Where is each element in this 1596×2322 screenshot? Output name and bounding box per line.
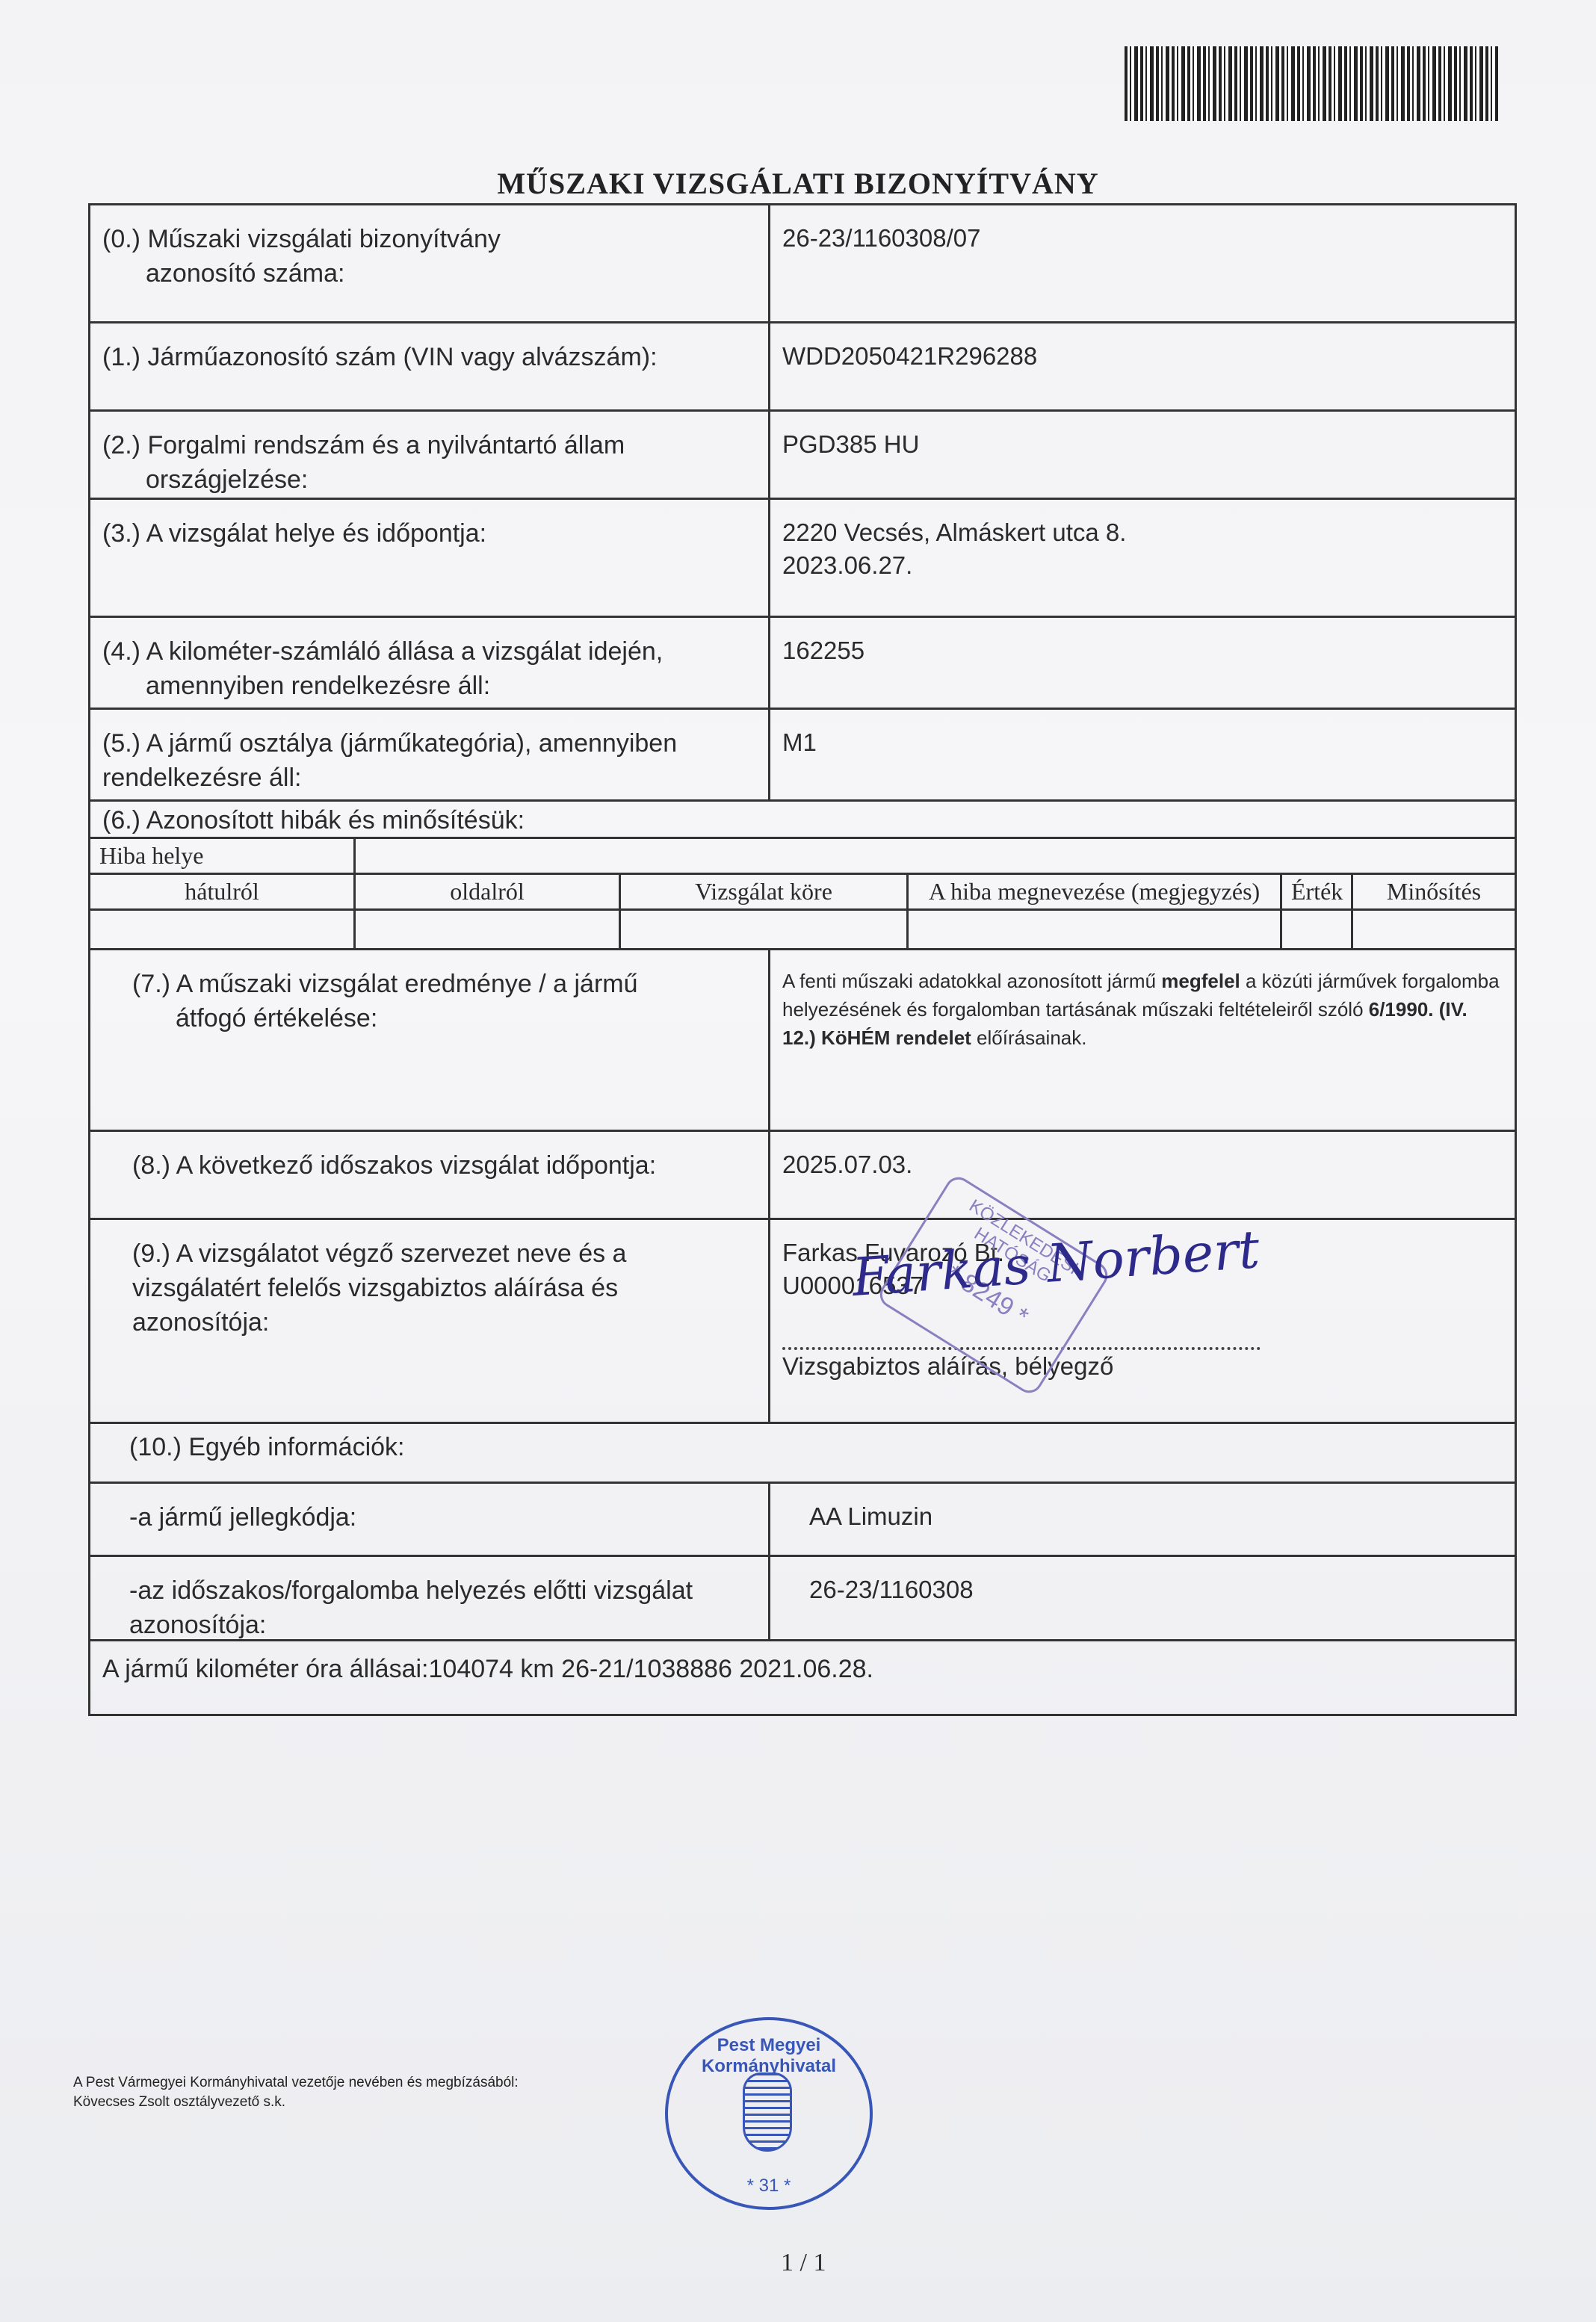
row-vin: (1.) Járműazonosító szám (VIN vagy alváz… [90,323,1515,412]
defects-table: Hiba helye hátulról oldalról Vizsgálat k… [90,839,1515,950]
footer-authority: A Pest Vármegyei Kormányhivatal vezetője… [73,2073,519,2112]
barcode [1125,46,1498,121]
coat-of-arms-icon [743,2072,792,2152]
row-previous-inspection: -az időszakos/forgalomba helyezés előtti… [90,1557,1515,1641]
defects-header-row: hátulról oldalról Vizsgálat köre A hiba … [90,875,1515,911]
vin-value: WDD2050421R296288 [770,323,1515,409]
defects-heading: (6.) Azonosított hibák és minősítésük: [90,802,1515,839]
signature-caption: Vizsgabiztos aláírás, bélyegző [782,1350,1503,1383]
odometer-history: A jármű kilométer óra állásai:104074 km … [90,1641,1515,1716]
defects-empty-row [90,911,1515,948]
row-result: (7.) A műszaki vizsgálat eredménye / a j… [90,950,1515,1132]
previous-inspection-value: 26-23/1160308 [770,1557,1515,1639]
page-number: 1 / 1 [781,2249,826,2277]
government-office-stamp: Pest Megyei Kormányhivatal * 31 * [665,2017,873,2210]
row-category: (5.) A jármű osztálya (járműkategória), … [90,710,1515,802]
certificate-form: (0.) Műszaki vizsgálati bizonyítványazon… [88,203,1517,1716]
place-value: 2220 Vecsés, Almáskert utca 8. [782,516,1503,549]
plate-value: PGD385 HU [770,412,1515,498]
category-value: M1 [770,710,1515,799]
certificate-id-value: 26-23/1160308/07 [770,205,1515,321]
row-odometer: (4.) A kilométer-számláló állása a vizsg… [90,618,1515,710]
result-text: A fenti műszaki adatokkal azonosított já… [770,950,1515,1130]
type-code-value: AA Limuzin [770,1484,1515,1555]
row-certificate-id: (0.) Műszaki vizsgálati bizonyítványazon… [90,205,1515,323]
other-info-heading: (10.) Egyéb információk: [90,1424,1515,1484]
odometer-value: 162255 [770,618,1515,708]
document-title: MŰSZAKI VIZSGÁLATI BIZONYÍTVÁNY [0,166,1596,201]
document-page: MŰSZAKI VIZSGÁLATI BIZONYÍTVÁNY (0.) Műs… [0,0,1596,2322]
row-plate: (2.) Forgalmi rendszám és a nyilvántartó… [90,412,1515,500]
date-value: 2023.06.27. [782,549,1503,582]
row-place-date: (3.) A vizsgálat helye és időpontja: 222… [90,500,1515,618]
next-inspection-value: 2025.07.03. [770,1132,1515,1218]
row-next-inspection: (8.) A következő időszakos vizsgálat idő… [90,1132,1515,1220]
row-type-code: -a jármű jellegkódja: AA Limuzin [90,1484,1515,1557]
row-inspector: (9.) A vizsgálatot végző szervezet neve … [90,1220,1515,1424]
